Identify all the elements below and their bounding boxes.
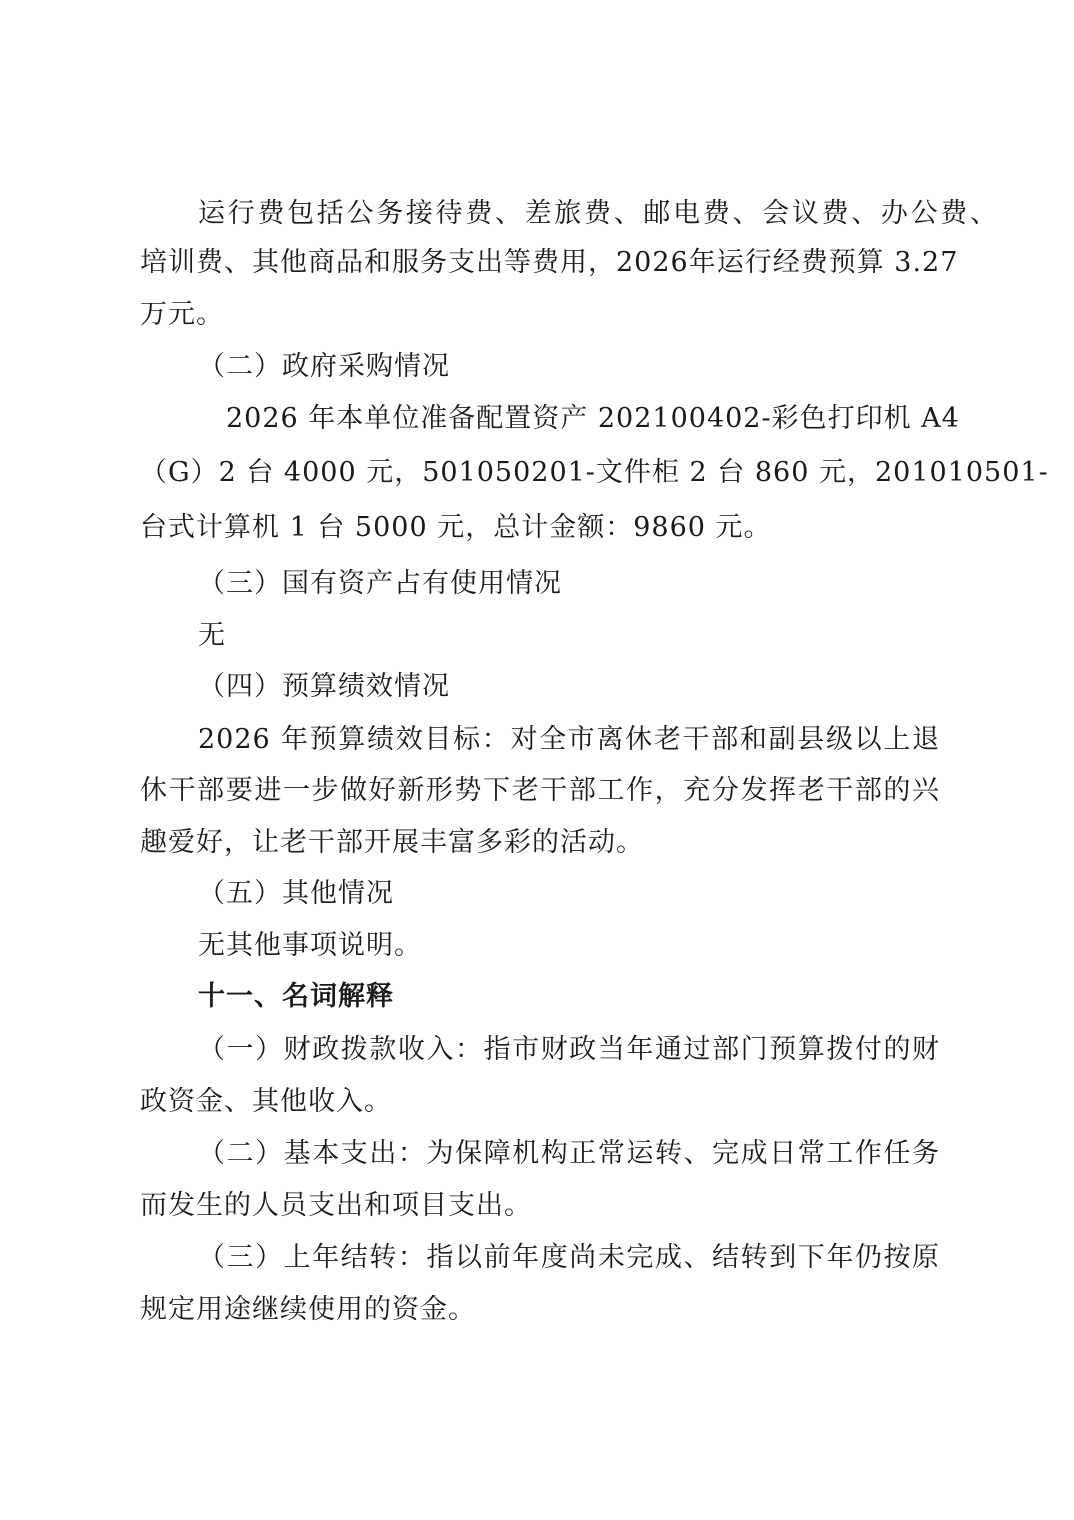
subheading-state-assets: （三）国有资产占有使用情况: [198, 566, 998, 602]
definition-fiscal-income-line1: （一）财政拨款收入：指市财政当年通过部门预算拨付的财: [198, 1032, 940, 1068]
paragraph-operating-costs-line1: 运行费包括公务接待费、差旅费、邮电费、会议费、办公费、: [198, 196, 998, 232]
paragraph-performance-line3: 趣爱好，让老干部开展丰富多彩的活动。: [140, 825, 940, 861]
section-heading-glossary: 十一、名词解释: [198, 979, 998, 1015]
paragraph-operating-costs-line3: 万元。: [140, 297, 940, 333]
paragraph-procurement-line3: 台式计算机 1 台 5000 元，总计金额：9860 元。: [140, 510, 940, 546]
subheading-government-procurement: （二）政府采购情况: [198, 349, 998, 385]
paragraph-state-assets: 无: [198, 618, 998, 654]
paragraph-procurement-line1: 2026 年本单位准备配置资产 202100402-彩色打印机 A4: [226, 401, 940, 437]
document-page: 运行费包括公务接待费、差旅费、邮电费、会议费、办公费、 培训费、其他商品和服务支…: [0, 0, 1074, 1520]
paragraph-operating-costs-line2: 培训费、其他商品和服务支出等费用，2026年运行经费预算 3.27: [140, 245, 940, 281]
definition-carryover-line2: 规定用途继续使用的资金。: [140, 1292, 940, 1328]
paragraph-performance-line2: 休干部要进一步做好新形势下老干部工作，充分发挥老干部的兴: [140, 773, 940, 809]
definition-basic-expenditure-line2: 而发生的人员支出和项目支出。: [140, 1188, 940, 1224]
paragraph-other: 无其他事项说明。: [198, 928, 998, 964]
definition-basic-expenditure-line1: （二）基本支出：为保障机构正常运转、完成日常工作任务: [198, 1136, 940, 1172]
subheading-other: （五）其他情况: [198, 876, 998, 912]
paragraph-procurement-line2: （G）2 台 4000 元，501050201-文件柜 2 台 860 元，20…: [140, 455, 940, 491]
subheading-performance: （四）预算绩效情况: [198, 669, 998, 705]
definition-fiscal-income-line2: 政资金、其他收入。: [140, 1084, 940, 1120]
paragraph-performance-line1: 2026 年预算绩效目标：对全市离休老干部和副县级以上退: [198, 722, 940, 758]
definition-carryover-line1: （三）上年结转：指以前年度尚未完成、结转到下年仍按原: [198, 1240, 940, 1276]
